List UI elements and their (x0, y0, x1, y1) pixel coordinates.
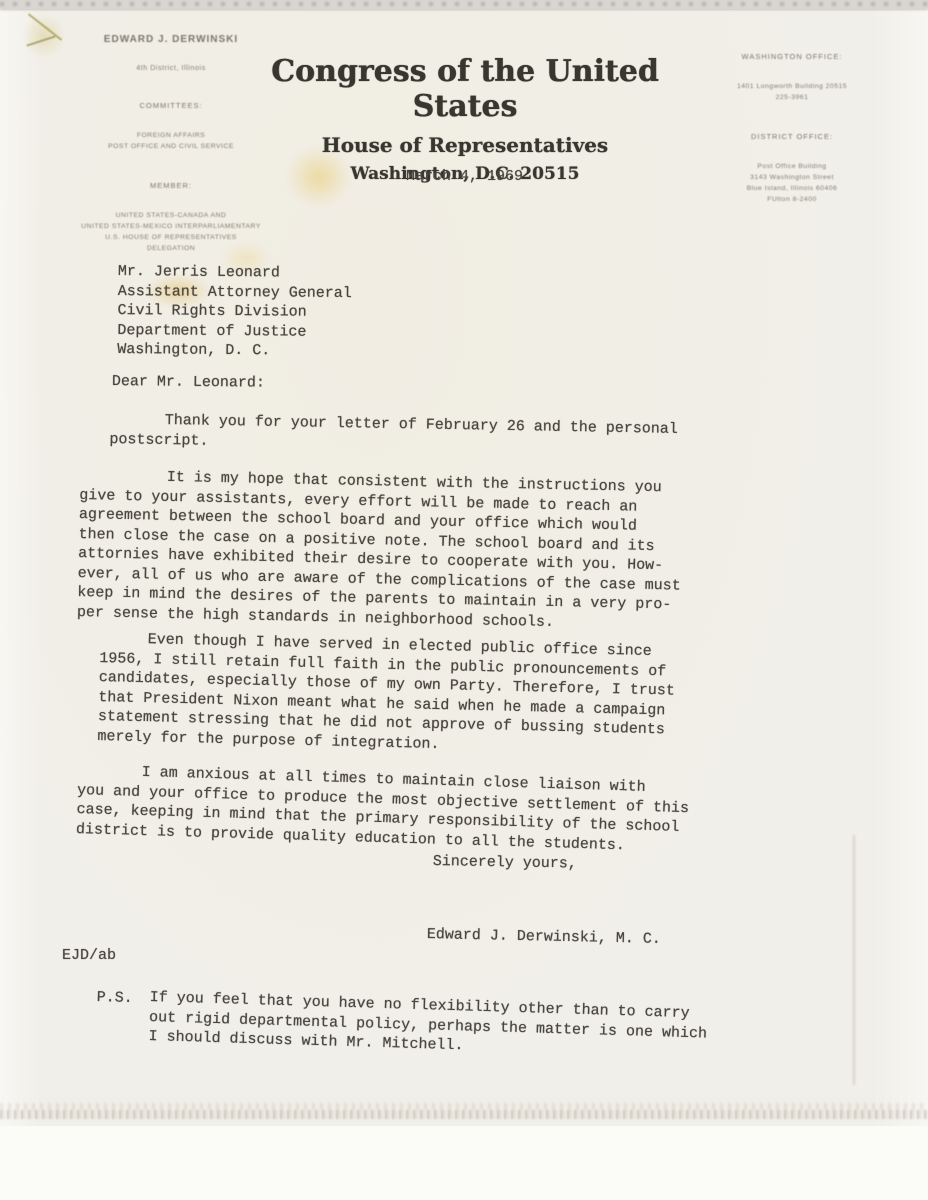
masthead-congress: Congress of the United States (234, 54, 696, 124)
washington-office-heading: WASHINGTON OFFICE: (658, 52, 926, 61)
paragraph-2: It is my hope that consistent with the i… (77, 466, 760, 636)
typist-reference: EJD/ab (62, 946, 116, 966)
paper-fold-line (853, 835, 855, 1085)
salutation: Dear Mr. Leonard: (112, 372, 265, 393)
paragraph-3: Even though I have served in elected pub… (97, 629, 760, 762)
letter-date: March 4, 1969 (406, 167, 523, 187)
closing: Sincerely yours, (433, 852, 577, 874)
postscript-text: If you feel that you have no flexibility… (148, 988, 789, 1065)
member-list: UNITED STATES-CANADA AND UNITED STATES-M… (58, 210, 284, 254)
masthead-house: House of Representatives (234, 133, 696, 157)
district-office-lines: Post Office Building 3143 Washington Str… (658, 161, 926, 205)
paragraph-1: Thank you for your letter of February 26… (109, 410, 760, 460)
district-office-heading: DISTRICT OFFICE: (658, 132, 926, 141)
letter-page: EDWARD J. DERWINSKI 4th District, Illino… (0, 0, 928, 1200)
paragraph-4: I am anxious at all times to maintain cl… (76, 761, 768, 859)
scan-noise (0, 1103, 928, 1110)
paper-edge-left (0, 0, 42, 1200)
letterhead-center: Congress of the United States House of R… (234, 54, 696, 184)
signature-name: Edward J. Derwinski, M. C. (427, 925, 661, 949)
scanner-background (0, 1126, 928, 1200)
scan-noise (0, 1110, 928, 1119)
letterhead-right: WASHINGTON OFFICE: 1401 Longworth Buildi… (658, 34, 926, 223)
postscript-label: P.S. (96, 988, 133, 1008)
recipient-address: Mr. Jerris Leonard Assistant Attorney Ge… (117, 262, 352, 362)
sender-name: EDWARD J. DERWINSKI (58, 34, 284, 45)
scan-artifact-top (0, 0, 928, 9)
scan-artifact-bottom (0, 1103, 928, 1125)
washington-office-lines: 1401 Longworth Building 20515 225-3961 (658, 81, 926, 103)
